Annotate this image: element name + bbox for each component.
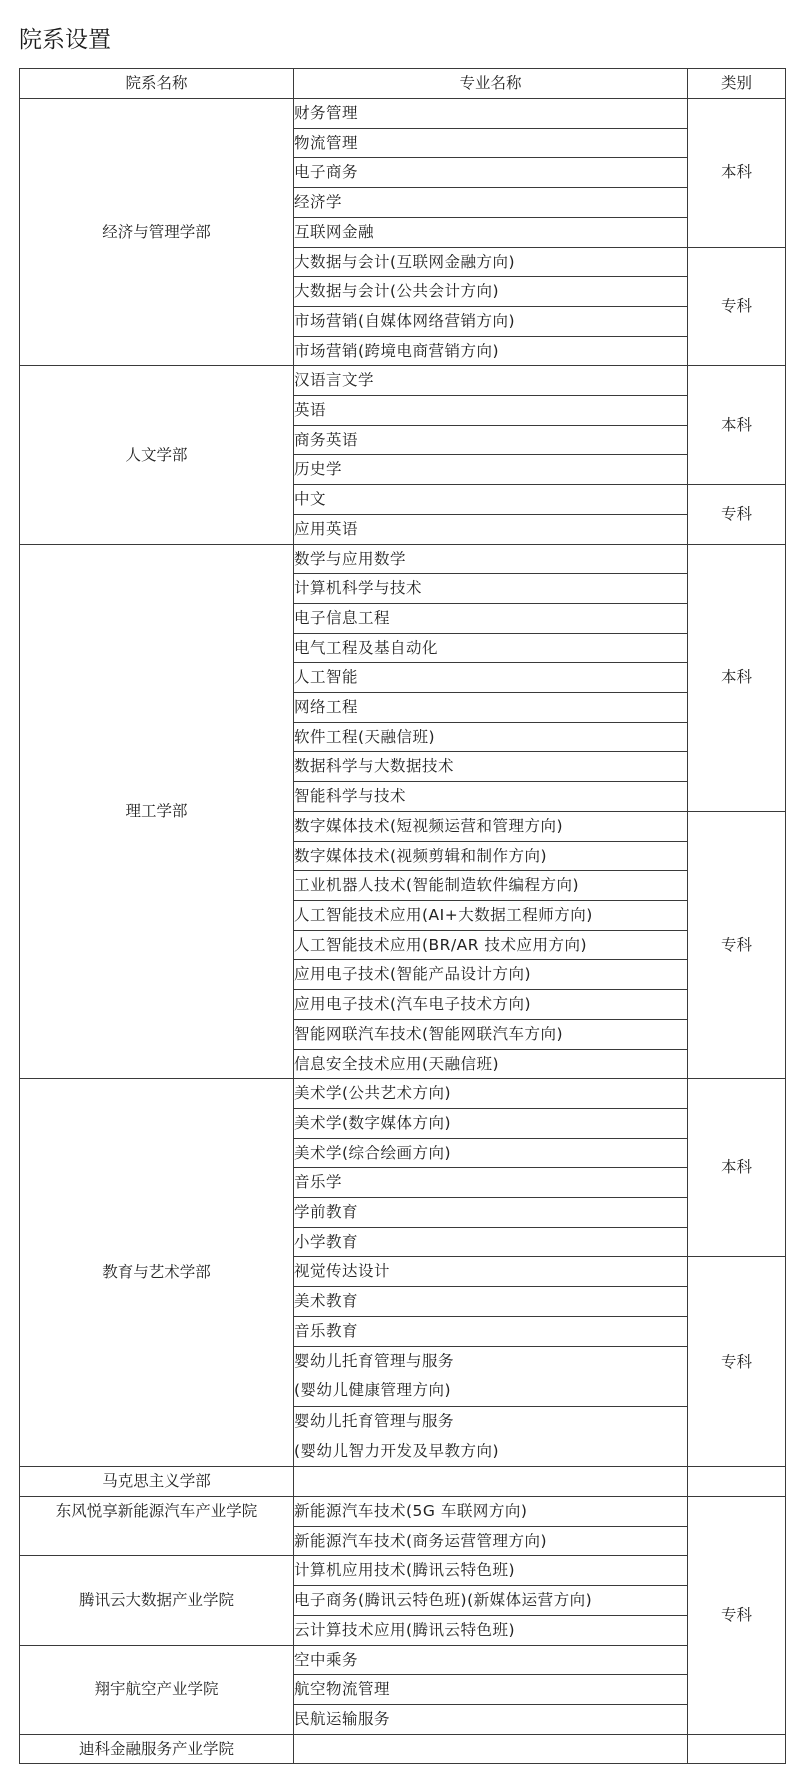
major-name: 视觉传达设计 — [294, 1257, 688, 1287]
major-name: 数字媒体技术(视频剪辑和制作方向) — [294, 841, 688, 871]
major-name: 美术学(综合绘画方向) — [294, 1138, 688, 1168]
major-name: 云计算技术应用(腾讯云特色班) — [294, 1615, 688, 1645]
header-college: 院系名称 — [20, 69, 294, 99]
major-name: 经济学 — [294, 188, 688, 218]
table-row: 腾讯云大数据产业学院 计算机应用技术(腾讯云特色班) — [20, 1556, 786, 1586]
category-cell: 本科 — [688, 366, 786, 485]
major-name: 市场营销(跨境电商营销方向) — [294, 336, 688, 366]
major-name: 软件工程(天融信班) — [294, 722, 688, 752]
major-name: 电子商务(腾讯云特色班)(新媒体运营方向) — [294, 1586, 688, 1616]
major-name: 历史学 — [294, 455, 688, 485]
college-name: 经济与管理学部 — [20, 99, 294, 366]
major-name: 计算机应用技术(腾讯云特色班) — [294, 1556, 688, 1586]
major-name: 市场营销(自媒体网络营销方向) — [294, 306, 688, 336]
college-name: 人文学部 — [20, 366, 294, 544]
major-name-line: 婴幼儿托育管理与服务 — [294, 1407, 687, 1437]
table-row: 教育与艺术学部 美术学(公共艺术方向) 本科 — [20, 1079, 786, 1109]
header-major: 专业名称 — [294, 69, 688, 99]
major-name: 英语 — [294, 396, 688, 426]
college-name: 迪科金融服务产业学院 — [20, 1734, 294, 1764]
major-name: 美术学(公共艺术方向) — [294, 1079, 688, 1109]
major-name: 人工智能 — [294, 663, 688, 693]
major-name: 新能源汽车技术(商务运营管理方向) — [294, 1526, 688, 1556]
major-name: 大数据与会计(互联网金融方向) — [294, 247, 688, 277]
major-name: 数学与应用数学 — [294, 544, 688, 574]
major-name: 网络工程 — [294, 693, 688, 723]
major-name: 大数据与会计(公共会计方向) — [294, 277, 688, 307]
category-cell: 本科 — [688, 99, 786, 248]
college-name: 教育与艺术学部 — [20, 1079, 294, 1467]
college-major-table: 院系名称 专业名称 类别 经济与管理学部 财务管理 本科 物流管理 电子商务 经… — [19, 68, 786, 1764]
major-name: 智能网联汽车技术(智能网联汽车方向) — [294, 1019, 688, 1049]
major-name — [294, 1467, 688, 1497]
major-name: 应用电子技术(汽车电子技术方向) — [294, 990, 688, 1020]
major-name-line: 婴幼儿托育管理与服务 — [294, 1347, 687, 1377]
major-name: 美术教育 — [294, 1287, 688, 1317]
page-title: 院系设置 — [19, 24, 111, 56]
table-row: 翔宇航空产业学院 空中乘务 — [20, 1645, 786, 1675]
table-header-row: 院系名称 专业名称 类别 — [20, 69, 786, 99]
major-name: 商务英语 — [294, 425, 688, 455]
major-name: 物流管理 — [294, 128, 688, 158]
major-name: 工业机器人技术(智能制造软件编程方向) — [294, 871, 688, 901]
major-name — [294, 1734, 688, 1764]
major-name: 美术学(数字媒体方向) — [294, 1108, 688, 1138]
category-cell — [688, 1467, 786, 1497]
major-name: 小学教育 — [294, 1227, 688, 1257]
category-cell: 专科 — [688, 1497, 786, 1735]
major-name: 汉语言文学 — [294, 366, 688, 396]
major-name: 智能科学与技术 — [294, 782, 688, 812]
category-cell: 专科 — [688, 247, 786, 366]
major-name: 人工智能技术应用(AI+大数据工程师方向) — [294, 900, 688, 930]
category-cell: 专科 — [688, 811, 786, 1078]
college-name: 理工学部 — [20, 544, 294, 1079]
major-name: 信息安全技术应用(天融信班) — [294, 1049, 688, 1079]
table-row: 马克思主义学部 — [20, 1467, 786, 1497]
header-category: 类别 — [688, 69, 786, 99]
major-name-line: (婴幼儿智力开发及早教方向) — [294, 1437, 687, 1467]
category-cell — [688, 1734, 786, 1764]
major-name: 人工智能技术应用(BR/AR 技术应用方向) — [294, 930, 688, 960]
major-name: 民航运输服务 — [294, 1704, 688, 1734]
major-name: 数据科学与大数据技术 — [294, 752, 688, 782]
college-name: 东风悦享新能源汽车产业学院 — [20, 1497, 294, 1556]
major-name: 互联网金融 — [294, 217, 688, 247]
table-row: 理工学部 数学与应用数学 本科 — [20, 544, 786, 574]
major-name: 电气工程及基自动化 — [294, 633, 688, 663]
college-name: 马克思主义学部 — [20, 1467, 294, 1497]
college-name: 翔宇航空产业学院 — [20, 1645, 294, 1734]
major-name: 应用电子技术(智能产品设计方向) — [294, 960, 688, 990]
major-name: 航空物流管理 — [294, 1675, 688, 1705]
major-name: 学前教育 — [294, 1198, 688, 1228]
category-cell: 专科 — [688, 485, 786, 544]
major-name: 音乐学 — [294, 1168, 688, 1198]
major-name: 音乐教育 — [294, 1316, 688, 1346]
major-name: 数字媒体技术(短视频运营和管理方向) — [294, 811, 688, 841]
category-cell: 专科 — [688, 1257, 786, 1467]
major-name: 新能源汽车技术(5G 车联网方向) — [294, 1497, 688, 1527]
major-name: 中文 — [294, 485, 688, 515]
major-name: 婴幼儿托育管理与服务 (婴幼儿健康管理方向) — [294, 1346, 688, 1406]
table-row: 人文学部 汉语言文学 本科 — [20, 366, 786, 396]
table-row: 经济与管理学部 财务管理 本科 — [20, 99, 786, 129]
major-name: 婴幼儿托育管理与服务 (婴幼儿智力开发及早教方向) — [294, 1406, 688, 1466]
table-row: 迪科金融服务产业学院 — [20, 1734, 786, 1764]
category-cell: 本科 — [688, 1079, 786, 1257]
major-name: 电子信息工程 — [294, 603, 688, 633]
college-name: 腾讯云大数据产业学院 — [20, 1556, 294, 1645]
major-name-line: (婴幼儿健康管理方向) — [294, 1376, 687, 1406]
major-name: 电子商务 — [294, 158, 688, 188]
major-name: 应用英语 — [294, 514, 688, 544]
major-name: 计算机科学与技术 — [294, 574, 688, 604]
major-name: 财务管理 — [294, 99, 688, 129]
major-name: 空中乘务 — [294, 1645, 688, 1675]
category-cell: 本科 — [688, 544, 786, 811]
table-row: 东风悦享新能源汽车产业学院 新能源汽车技术(5G 车联网方向) 专科 — [20, 1497, 786, 1527]
